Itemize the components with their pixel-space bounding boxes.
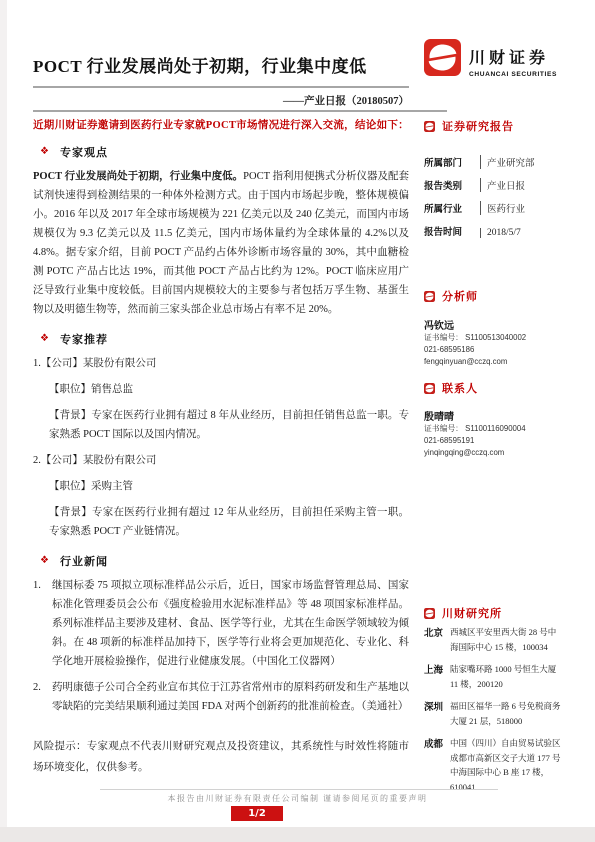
expert-number: 1. xyxy=(33,358,41,369)
office-row: 深圳 福田区福华一路 6 号免税商务大厦 21 层，518000 xyxy=(424,699,564,728)
report-series-line: ——产业日报（20180507） xyxy=(33,93,409,108)
footer-divider xyxy=(100,789,498,790)
header-divider xyxy=(33,110,447,112)
report-page: POCT 行业发展尚处于初期，行业集中度低 川财证券 CHUANCAI SECU… xyxy=(0,0,595,842)
brand-text: 川财证券 CHUANCAI SECURITIES xyxy=(469,39,557,78)
chuancai-logo-icon xyxy=(424,39,461,76)
viewpoint-paragraph: POCT 行业发展尚处于初期，行业集中度低。POCT 指利用便携式分析仪器及配套… xyxy=(33,167,409,319)
expert-position: 【职位】销售总监 xyxy=(49,380,409,399)
contact-phone: 021-68595191 xyxy=(424,435,564,447)
title-divider xyxy=(33,86,409,88)
meta-label: 所属行业 xyxy=(424,201,480,215)
meta-label: 报告类别 xyxy=(424,178,480,192)
news-number: 1. xyxy=(33,576,52,671)
office-row: 北京 西城区平安里西大街 28 号中海国际中心 15 楼，100034 xyxy=(424,625,564,654)
section-title: 专家观点 xyxy=(60,144,108,160)
page-title: POCT 行业发展尚处于初期，行业集中度低 xyxy=(33,52,415,77)
sidebar-heading-label: 川财研究所 xyxy=(442,605,502,621)
chuancai-mini-logo-icon xyxy=(424,291,435,302)
contact-card: 殷晴晴 证书编号： S1100116090004 021-68595191 yi… xyxy=(424,408,564,459)
expert-background: 【背景】专家在医药行业拥有超过 8 年从业经历，目前担任销售总监一职。专家熟悉 … xyxy=(49,406,409,444)
meta-row: 报告时间 2018/5/7 xyxy=(424,224,564,237)
meta-value: 医药行业 xyxy=(480,201,525,215)
office-address: 西城区平安里西大街 28 号中海国际中心 15 楼，100034 xyxy=(450,625,564,654)
sidebar-heading-research: 证券研究报告 xyxy=(424,118,514,134)
meta-value: 2018/5/7 xyxy=(480,228,521,238)
meta-label: 报告时间 xyxy=(424,224,480,238)
office-city: 成都 xyxy=(424,736,450,794)
news-text: 继国标委 75 项拟立项标准样品公示后，近日，国家市场监督管理总局、国家标准化管… xyxy=(52,576,409,671)
sidebar-heading-label: 证券研究报告 xyxy=(442,118,514,134)
office-city: 深圳 xyxy=(424,699,450,728)
meta-value: 产业研究部 xyxy=(480,155,535,169)
meta-label: 所属部门 xyxy=(424,155,480,169)
sidebar-heading-label: 分析师 xyxy=(442,288,478,304)
intro-highlight: 近期川财证券邀请到医药行业专家就POCT市场情况进行深入交流，结论如下： xyxy=(33,117,409,132)
analyst-email: fengqinyuan@cczq.com xyxy=(424,356,564,368)
chuancai-mini-logo-icon xyxy=(424,383,435,394)
chuancai-mini-logo-icon xyxy=(424,121,435,132)
office-row: 上海 陆家嘴环路 1000 号恒生大厦 11 楼，200120 xyxy=(424,662,564,691)
news-text: 药明康德子公司合全药业宣布其位于江苏省常州市的原料药研发和生产基地以零缺陷的完美… xyxy=(52,678,409,716)
meta-row: 所属部门 产业研究部 xyxy=(424,155,564,168)
page-edge-shadow xyxy=(0,0,7,842)
expert-item: 2.【公司】某股份有限公司 【职位】采购主管 【背景】专家在医药行业拥有超过 1… xyxy=(33,451,409,541)
risk-disclaimer: 风险提示：专家观点不代表川财研究观点及投资建议，其系统性与时效性将随市场环境变化… xyxy=(33,736,409,778)
analyst-cert: 证书编号： S1100513040002 xyxy=(424,332,564,344)
section-heading-recommend: ❖ 专家推荐 xyxy=(40,331,409,347)
news-item: 2. 药明康德子公司合全药业宣布其位于江苏省常州市的原料药研发和生产基地以零缺陷… xyxy=(33,678,409,716)
diamond-bullet-icon: ❖ xyxy=(40,555,49,567)
meta-value: 产业日报 xyxy=(480,178,525,192)
page-number-badge: 1/2 xyxy=(231,806,283,821)
office-row: 成都 中国（四川）自由贸易试验区成都市高新区交子大道 177 号中海国际中心 B… xyxy=(424,736,564,794)
expert-background: 【背景】专家在医药行业拥有超过 12 年从业经历，目前担任采购主管一职。专家熟悉… xyxy=(49,503,409,541)
contact-name: 殷晴晴 xyxy=(424,408,564,423)
office-city: 北京 xyxy=(424,625,450,654)
expert-item: 1.【公司】某股份有限公司 【职位】销售总监 【背景】专家在医药行业拥有超过 8… xyxy=(33,354,409,444)
footer-disclaimer: 本报告由川财证券有限责任公司编制 谨请参阅尾页的重要声明 xyxy=(0,793,595,804)
meta-row: 报告类别 产业日报 xyxy=(424,178,564,191)
brand-subtitle: CHUANCAI SECURITIES xyxy=(469,71,557,78)
viewpoint-body: POCT 指利用便携式分析仪器及配套试剂快速得到检测结果的一种体外检测方式。由于… xyxy=(33,171,409,315)
viewpoint-lead: POCT 行业发展尚处于初期，行业集中度低。 xyxy=(33,171,243,182)
expert-company: 2.【公司】某股份有限公司 xyxy=(33,451,409,470)
expert-company-text: 【公司】某股份有限公司 xyxy=(41,358,157,369)
diamond-bullet-icon: ❖ xyxy=(40,333,49,345)
analyst-phone: 021-68595186 xyxy=(424,344,564,356)
brand-name: 川财证券 xyxy=(469,45,557,68)
report-meta: 所属部门 产业研究部 报告类别 产业日报 所属行业 医药行业 报告时间 2018… xyxy=(424,145,564,237)
office-list: 北京 西城区平安里西大街 28 号中海国际中心 15 楼，100034 上海 陆… xyxy=(424,625,564,802)
expert-company: 1.【公司】某股份有限公司 xyxy=(33,354,409,373)
sidebar-heading-offices: 川财研究所 xyxy=(424,605,502,621)
analyst-card: 冯钦远 证书编号： S1100513040002 021-68595186 fe… xyxy=(424,317,564,368)
section-title: 专家推荐 xyxy=(60,331,108,347)
section-heading-news: ❖ 行业新闻 xyxy=(40,553,409,569)
section-heading-viewpoint: ❖ 专家观点 xyxy=(40,144,409,160)
office-address: 中国（四川）自由贸易试验区成都市高新区交子大道 177 号中海国际中心 B 座 … xyxy=(450,736,564,794)
contact-cert: 证书编号： S1100116090004 xyxy=(424,423,564,435)
expert-position: 【职位】采购主管 xyxy=(49,477,409,496)
analyst-name: 冯钦远 xyxy=(424,317,564,332)
sidebar-heading-label: 联系人 xyxy=(442,380,478,396)
office-address: 陆家嘴环路 1000 号恒生大厦 11 楼，200120 xyxy=(450,662,564,691)
diamond-bullet-icon: ❖ xyxy=(40,146,49,158)
office-address: 福田区福华一路 6 号免税商务大厦 21 层，518000 xyxy=(450,699,564,728)
sidebar: 证券研究报告 所属部门 产业研究部 报告类别 产业日报 所属行业 医药行业 报告… xyxy=(424,118,564,798)
page-bottom-shadow xyxy=(0,827,595,842)
chuancai-mini-logo-icon xyxy=(424,608,435,619)
main-column: 近期川财证券邀请到医药行业专家就POCT市场情况进行深入交流，结论如下： ❖ 专… xyxy=(33,117,409,789)
meta-row: 所属行业 医药行业 xyxy=(424,201,564,214)
section-title: 行业新闻 xyxy=(60,553,108,569)
sidebar-heading-contact: 联系人 xyxy=(424,380,478,396)
sidebar-heading-analyst: 分析师 xyxy=(424,288,478,304)
expert-company-text: 【公司】某股份有限公司 xyxy=(41,455,157,466)
office-city: 上海 xyxy=(424,662,450,691)
brand-logo: 川财证券 CHUANCAI SECURITIES xyxy=(424,39,557,78)
news-number: 2. xyxy=(33,678,52,716)
expert-number: 2. xyxy=(33,455,41,466)
news-item: 1. 继国标委 75 项拟立项标准样品公示后，近日，国家市场监督管理总局、国家标… xyxy=(33,576,409,671)
contact-email: yinqingqing@cczq.com xyxy=(424,447,564,459)
